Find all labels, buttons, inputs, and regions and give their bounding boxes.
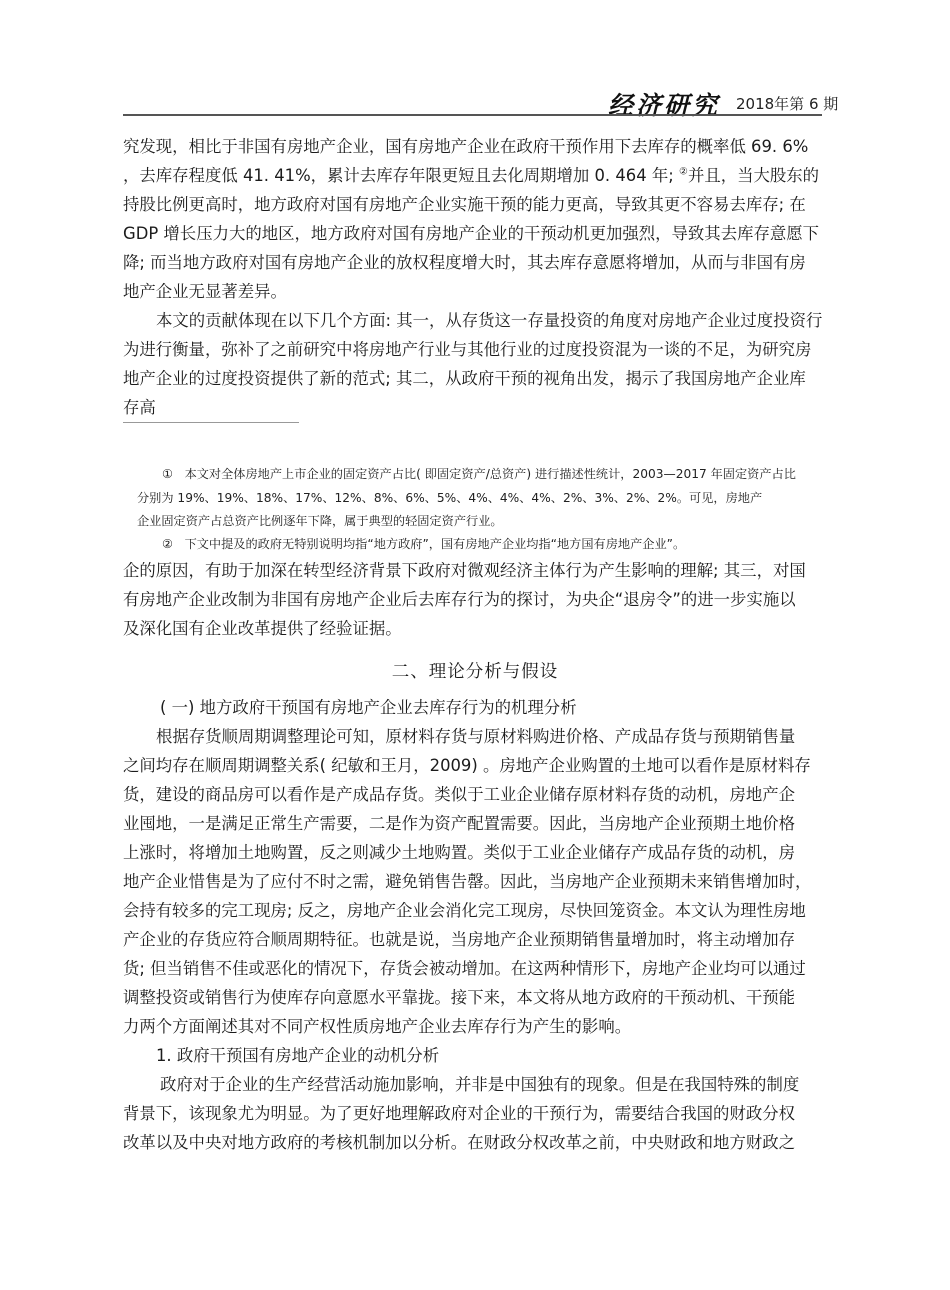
body-line: 货; 但当销售不佳或恶化的情况下，存货会被动增加。在这两种情形下，房地产企业均可… xyxy=(123,958,806,980)
footnote-ref-2[interactable]: ② xyxy=(679,167,688,178)
body-line: 降; 而当地方政府对国有房地产企业的放权程度增大时，其去库存意愿将增加，从而与非… xyxy=(123,252,806,274)
journal-logo: 经济研究 xyxy=(608,86,720,122)
body-line: 及深化国有企业改革提供了经验证据。 xyxy=(123,618,402,640)
body-line: GDP 增长压力大的地区，地方政府对国有房地产企业的干预动机更加强烈，导致其去库… xyxy=(123,223,819,245)
body-line: 有房地产企业改制为非国有房地产企业后去库存行为的探讨，为央企“退房令”的进一步实… xyxy=(123,589,796,611)
footnote-line: 企业固定资产占总资产比例逐年下降，属于典型的轻固定资产行业。 xyxy=(137,513,503,529)
body-line: ，去库存程度低 41. 41%，累计去库存年限更短且去化周期增加 0. 464 … xyxy=(123,165,819,187)
footnote-marker: ② xyxy=(162,537,173,551)
body-line-text: ，去库存程度低 41. 41%，累计去库存年限更短且去化周期增加 0. 464 … xyxy=(123,166,679,185)
footnote-2: ② 下文中提及的政府无特别说明均指“地方政府”，国有房地产企业均指“地方国有房地… xyxy=(162,536,685,552)
body-line: 政府对于企业的生产经营活动施加影响，并非是中国独有的现象。但是在我国特殊的制度 xyxy=(160,1074,799,1096)
body-line: 产企业的存货应符合顺周期特征。也就是说，当房地产企业预期销售量增加时，将主动增加… xyxy=(123,929,795,951)
body-line: 上涨时，将增加土地购置，反之则减少土地购置。类似于工业企业储存产成品存货的动机，… xyxy=(123,842,795,864)
body-line: 背景下，该现象尤为明显。为了更好地理解政府对企业的干预行为，需要结合我国的财政分… xyxy=(123,1103,795,1125)
body-line: 力两个方面阐述其对不同产权性质房地产企业去库存行为产生的影响。 xyxy=(123,1016,631,1038)
footnote-separator xyxy=(123,422,299,423)
body-line: 持股比例更高时，地方政府对国有房地产企业实施干预的能力更高，导致其更不容易去库存… xyxy=(123,194,806,216)
footnote-marker: ① xyxy=(162,467,173,481)
footnote-line: 本文对全体房地产上市企业的固定资产占比( 即固定资产/总资产) 进行描述性统计，… xyxy=(185,467,796,481)
body-line: 存高 xyxy=(123,397,156,419)
footnote-line: 分别为 19%、19%、18%、17%、12%、8%、6%、5%、4%、4%、4… xyxy=(137,490,762,506)
body-line: 地产企业惜售是为了应付不时之需，避免销售告罄。因此，当房地产企业预期未来销售增加… xyxy=(123,871,811,893)
body-line: 之间均存在顺周期调整关系( 纪敏和王月，2009) 。房地产企业购置的土地可以看… xyxy=(123,755,811,777)
body-line: 货，建设的商品房可以看作是产成品存货。类似于工业企业储存原材料存货的动机，房地产… xyxy=(123,784,795,806)
body-line: 本文的贡献体现在以下几个方面: 其一，从存货这一存量投资的角度对房地产企业过度投… xyxy=(156,310,822,332)
body-line: 企的原因，有助于加深在转型经济背景下政府对微观经济主体行为产生影响的理解; 其三… xyxy=(123,560,806,582)
body-line: 为进行衡量，弥补了之前研究中将房地产行业与其他行业的过度投资混为一谈的不足，为研… xyxy=(123,339,811,361)
subsection-heading: ( 一) 地方政府干预国有房地产企业去库存行为的机理分析 xyxy=(160,697,577,719)
body-line: 改革以及中央对地方政府的考核机制加以分析。在财政分权改革之前，中央财政和地方财政… xyxy=(123,1132,795,1154)
body-line: 会持有较多的完工现房; 反之，房地产企业会消化完工现房，尽快回笼资金。本文认为理… xyxy=(123,900,806,922)
footnote-1: ① 本文对全体房地产上市企业的固定资产占比( 即固定资产/总资产) 进行描述性统… xyxy=(162,466,796,482)
body-line: 业囤地，一是满足正常生产需要，二是作为资产配置需要。因此，当房地产企业预期土地价… xyxy=(123,813,795,835)
body-line: 调整投资或销售行为使库存向意愿水平靠拢。接下来，本文将从地方政府的干预动机、干预… xyxy=(123,987,795,1009)
section-title: 二、理论分析与假设 xyxy=(0,660,950,684)
body-line: 根据存货顺周期调整理论可知，原材料存货与原材料购进价格、产成品存货与预期销售量 xyxy=(156,726,795,748)
body-line-text: 并且，当大股东的 xyxy=(688,166,819,185)
body-line: 地产企业的过度投资提供了新的范式; 其二，从政府干预的视角出发，揭示了我国房地产… xyxy=(123,368,806,390)
body-line: 地产企业无显著差异。 xyxy=(123,281,287,303)
footnote-line: 下文中提及的政府无特别说明均指“地方政府”，国有房地产企业均指“地方国有房地产企… xyxy=(185,537,686,551)
subsubsection-heading: 1. 政府干预国有房地产企业的动机分析 xyxy=(156,1045,439,1067)
header-rule xyxy=(123,114,822,116)
journal-issue: 2018年第 6 期 xyxy=(736,93,838,114)
body-line: 究发现，相比于非国有房地产企业，国有房地产企业在政府干预作用下去库存的概率低 6… xyxy=(123,136,808,158)
journal-page: 经济研究 2018年第 6 期 究发现，相比于非国有房地产企业，国有房地产企业在… xyxy=(0,0,950,1290)
